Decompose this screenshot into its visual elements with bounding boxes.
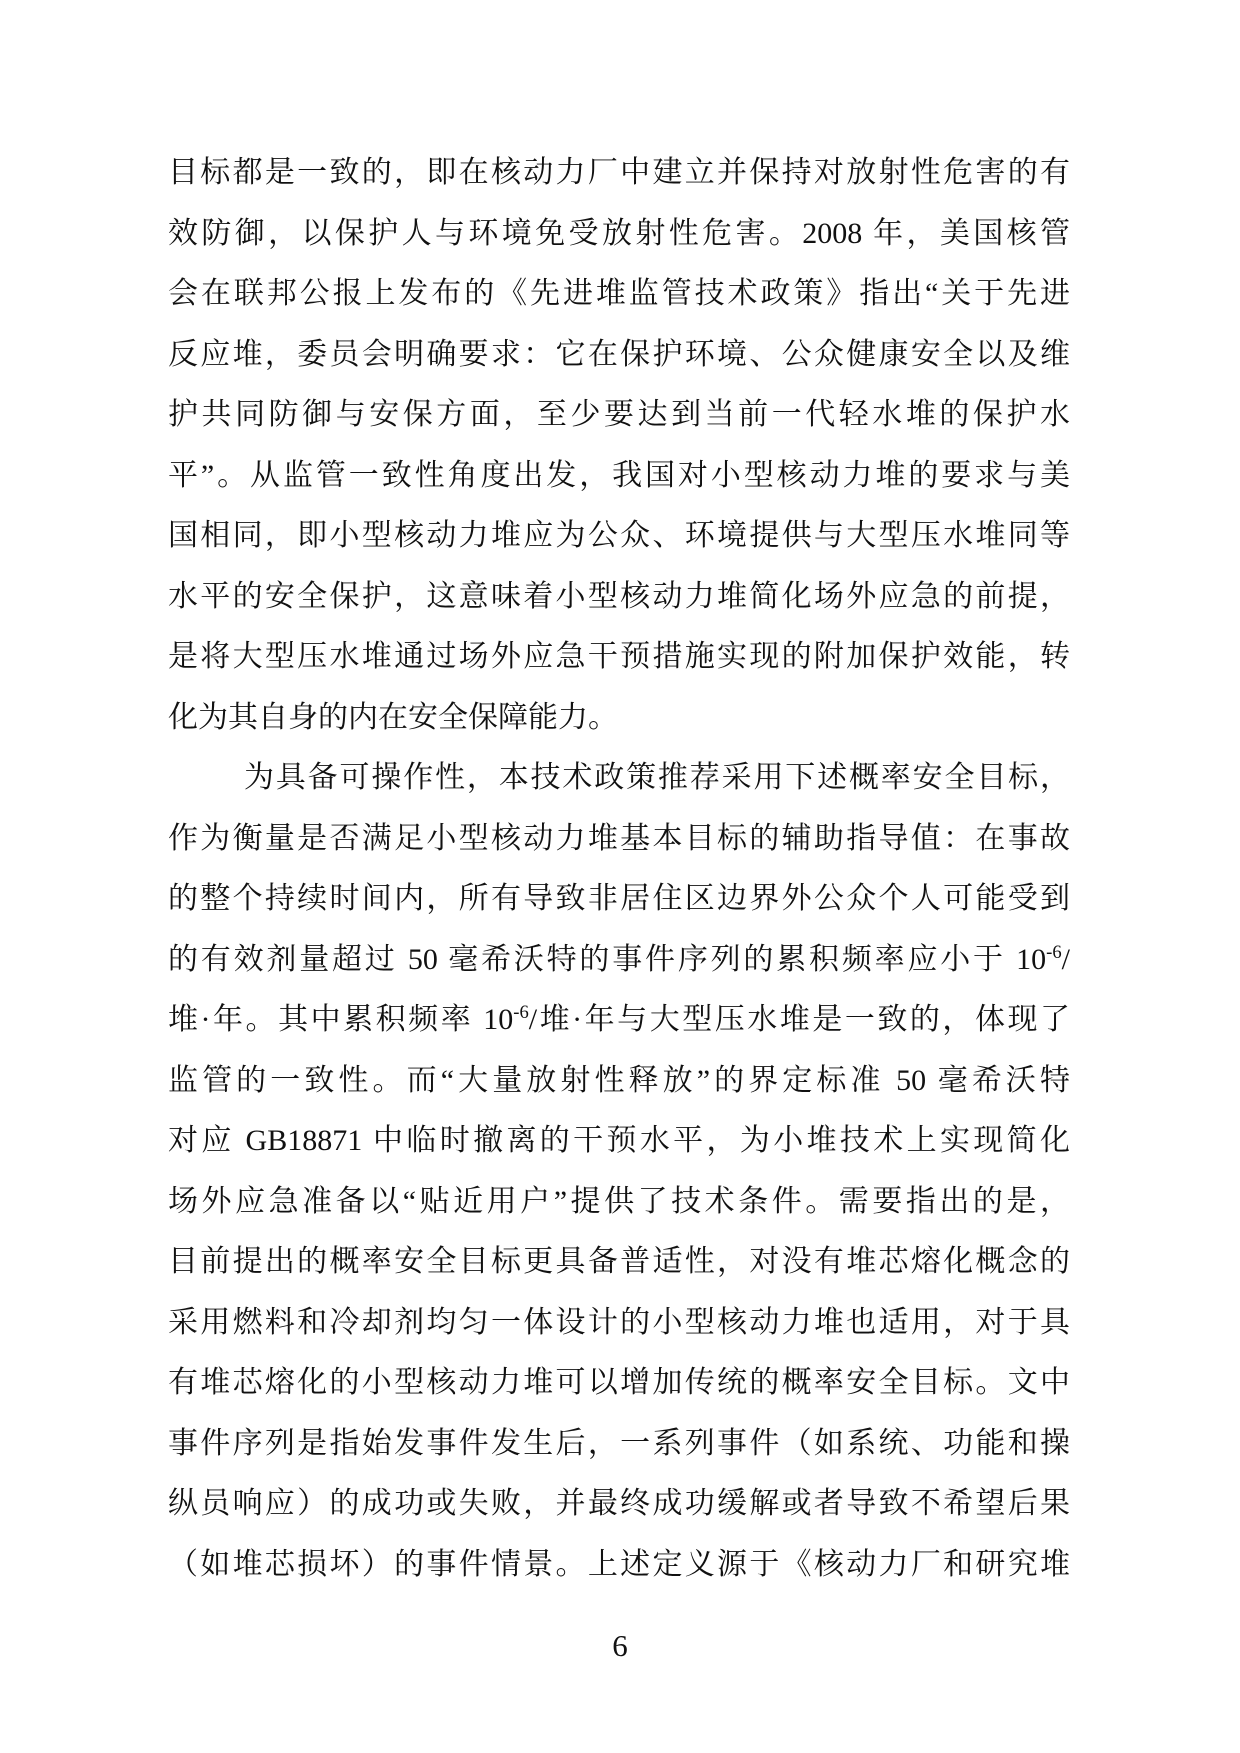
text-line: 国相同，即小型核动力堆应为公众、环境提供与大型压水堆同等 xyxy=(168,506,1070,567)
page-number: 6 xyxy=(0,1622,1240,1670)
superscript-exponent: -6 xyxy=(1046,942,1062,963)
text-line: 水平的安全保护，这意味着小型核动力堆简化场外应急的前提， xyxy=(168,567,1070,628)
text-line: 监管的一致性。而“大量放射性释放”的界定标准 50 毫希沃特 xyxy=(168,1051,1070,1112)
text-line: 有堆芯熔化的小型核动力堆可以增加传统的概率安全目标。文中 xyxy=(168,1353,1070,1414)
text-line: 会在联邦公报上发布的《先进堆监管技术政策》指出“关于先进 xyxy=(168,264,1070,325)
text-line: 的整个持续时间内，所有导致非居住区边界外公众个人可能受到 xyxy=(168,869,1070,930)
text-line: 化为其自身的内在安全保障能力。 xyxy=(168,688,1070,749)
text-line: 平”。从监管一致性角度出发，我国对小型核动力堆的要求与美 xyxy=(168,446,1070,507)
text-line: 场外应急准备以“贴近用户”提供了技术条件。需要指出的是， xyxy=(168,1172,1070,1233)
document-page: 目标都是一致的，即在核动力厂中建立并保持对放射性危害的有效防御，以保护人与环境免… xyxy=(0,0,1240,1753)
text-line: 为具备可操作性，本技术政策推荐采用下述概率安全目标， xyxy=(168,748,1070,809)
text-line: 目前提出的概率安全目标更具备普适性，对没有堆芯熔化概念的 xyxy=(168,1232,1070,1293)
text-line: 目标都是一致的，即在核动力厂中建立并保持对放射性危害的有 xyxy=(168,143,1070,204)
text-line: 反应堆，委员会明确要求：它在保护环境、公众健康安全以及维 xyxy=(168,325,1070,386)
text-line: （如堆芯损坏）的事件情景。上述定义源于《核动力厂和研究堆 xyxy=(168,1535,1070,1596)
text-line: 纵员响应）的成功或失败，并最终成功缓解或者导致不希望后果 xyxy=(168,1474,1070,1535)
document-text: 目标都是一致的，即在核动力厂中建立并保持对放射性危害的有效防御，以保护人与环境免… xyxy=(168,143,1070,1595)
text-line: 是将大型压水堆通过场外应急干预措施实现的附加保护效能，转 xyxy=(168,627,1070,688)
text-line: 效防御，以保护人与环境免受放射性危害。2008 年，美国核管 xyxy=(168,204,1070,265)
text-line: 对应 GB18871 中临时撤离的干预水平，为小堆技术上实现简化 xyxy=(168,1111,1070,1172)
superscript-exponent: -6 xyxy=(513,1002,529,1023)
text-line: 作为衡量是否满足小型核动力堆基本目标的辅助指导值：在事故 xyxy=(168,809,1070,870)
text-line: 事件序列是指始发事件发生后，一系列事件（如系统、功能和操 xyxy=(168,1414,1070,1475)
text-line: 堆·年。其中累积频率 10-6/堆·年与大型压水堆是一致的，体现了 xyxy=(168,990,1070,1051)
text-line: 护共同防御与安保方面，至少要达到当前一代轻水堆的保护水 xyxy=(168,385,1070,446)
text-line: 的有效剂量超过 50 毫希沃特的事件序列的累积频率应小于 10-6/ xyxy=(168,930,1070,991)
text-line: 采用燃料和冷却剂均匀一体设计的小型核动力堆也适用，对于具 xyxy=(168,1293,1070,1354)
